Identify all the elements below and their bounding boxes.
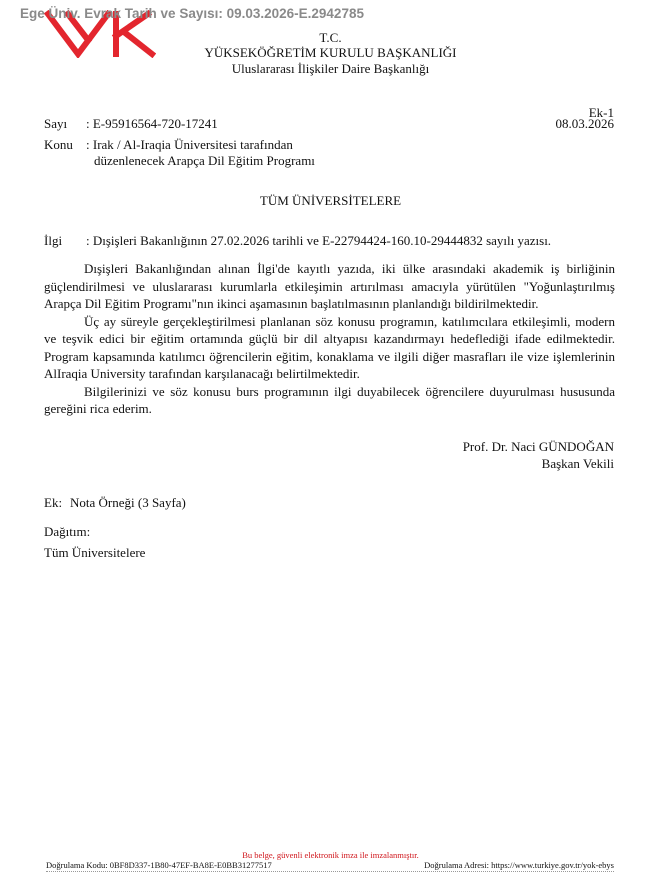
verification-line: Doğrulama Kodu: 0BF8D337-1B80-47EF-BA8E-… [46,860,614,870]
konu-label: Konu [44,137,73,153]
attachments-value: Nota Örneği (3 Sayfa) [70,495,186,511]
footer-divider [46,871,614,873]
distribution-label: Dağıtım: [44,524,90,540]
body-paragraph: Üç ay süreyle gerçekleştirilmesi planlan… [44,313,615,383]
ilgi-text: : Dışişleri Bakanlığının 27.02.2026 tari… [86,233,551,249]
konu-line-1: : Irak / Al-Iraqia Üniversitesi tarafınd… [86,137,293,153]
body-paragraph: Bilgilerinizi ve söz konusu burs program… [44,383,615,418]
attachments-label: Ek: [44,495,62,511]
e-signature-notice: Bu belge, güvenli elektronik imza ile im… [0,850,661,860]
body-paragraph: Dışişleri Bakanlığından alınan İlgi'de k… [44,260,615,313]
signatory-name: Prof. Dr. Naci GÜNDOĞAN [463,439,614,455]
body-text: Dışişleri Bakanlığından alınan İlgi'de k… [44,260,615,418]
verification-address[interactable]: Doğrulama Adresi: https://www.turkiye.go… [424,860,614,870]
ilgi-label: İlgi [44,233,62,249]
sayi-label: Sayı [44,116,67,132]
konu-line-2: düzenlenecek Arapça Dil Eğitim Programı [94,153,315,169]
distribution-value: Tüm Üniversitelere [44,545,145,561]
document-date: 08.03.2026 [556,116,615,132]
verification-code: Doğrulama Kodu: 0BF8D337-1B80-47EF-BA8E-… [46,860,272,870]
sayi-value: : E-95916564-720-17241 [86,116,218,132]
signatory-title: Başkan Vekili [542,456,614,472]
header-department: Uluslararası İlişkiler Daire Başkanlığı [0,61,661,77]
document-registry-stamp: Ege Üniv. Evrak Tarih ve Sayısı: 09.03.2… [20,6,364,21]
recipient: TÜM ÜNİVERSİTELERE [0,193,661,209]
